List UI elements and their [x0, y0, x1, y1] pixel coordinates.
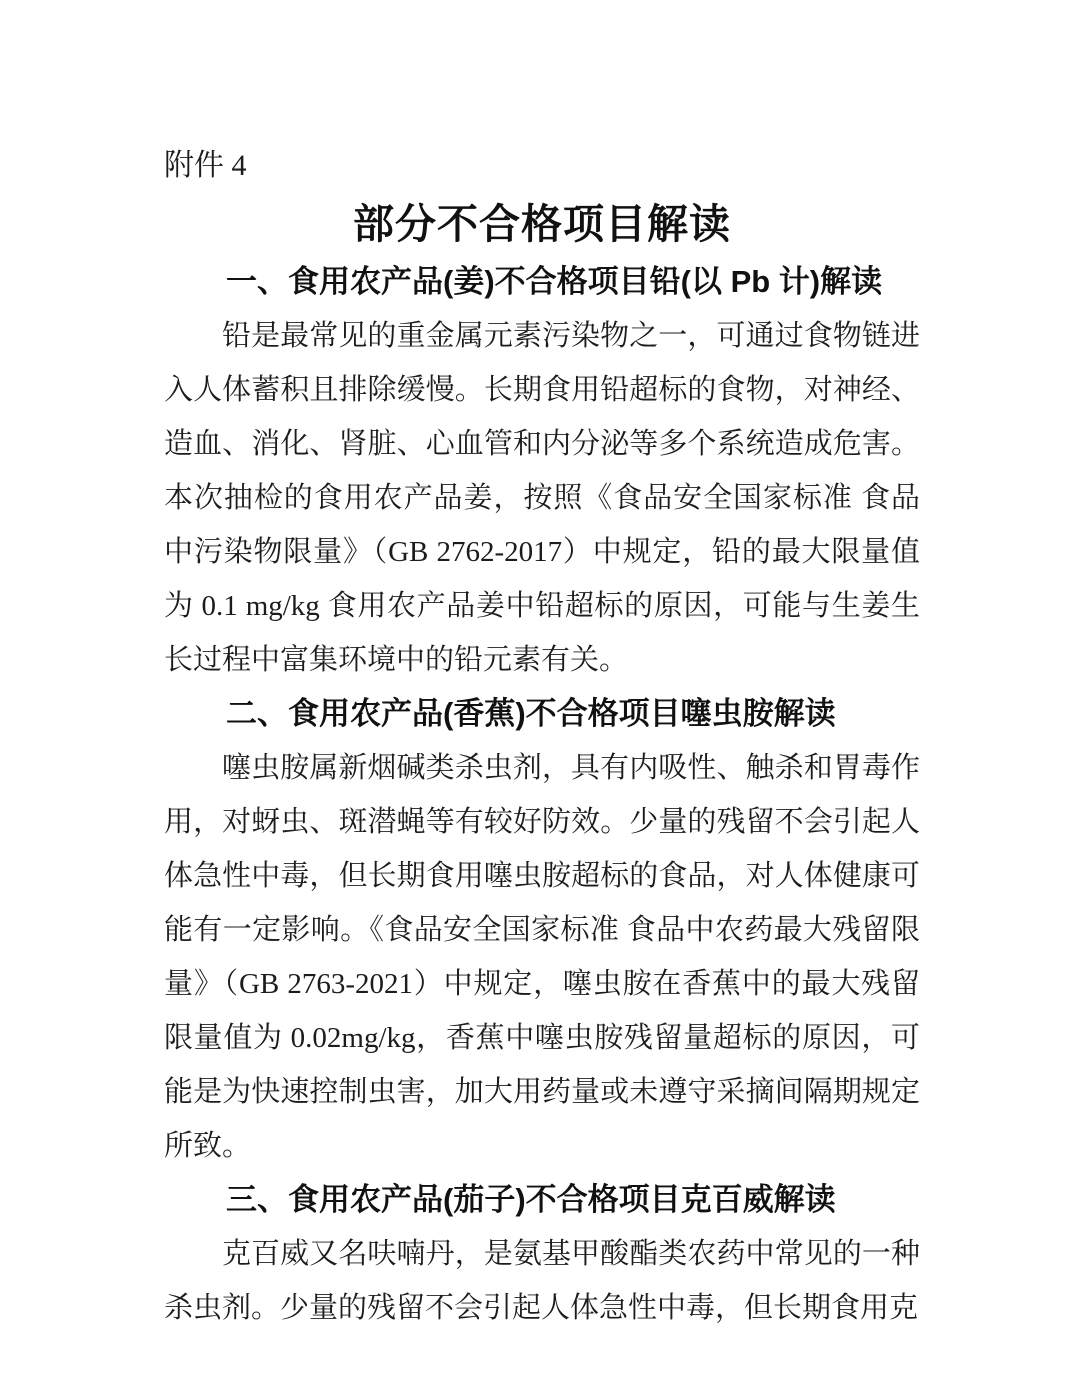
- section-1-heading: 一、食用农产品(姜)不合格项目铅(以 Pb 计)解读: [164, 255, 920, 309]
- attachment-label: 附件 4: [164, 139, 920, 193]
- section-2-body: 噻虫胺属新烟碱类杀虫剂，具有内吸性、触杀和胃毒作用，对蚜虫、斑潜蝇等有较好防效。…: [164, 741, 920, 1173]
- document-title: 部分不合格项目解读: [164, 193, 920, 255]
- section-2-heading: 二、食用农产品(香蕉)不合格项目噻虫胺解读: [164, 687, 920, 741]
- document-page: 附件 4 部分不合格项目解读 一、食用农产品(姜)不合格项目铅(以 Pb 计)解…: [0, 0, 1080, 1377]
- section-3-body: 克百威又名呋喃丹，是氨基甲酸酯类农药中常见的一种杀虫剂。少量的残留不会引起人体急…: [164, 1227, 920, 1335]
- section-1-body: 铅是最常见的重金属元素污染物之一，可通过食物链进入人体蓄积且排除缓慢。长期食用铅…: [164, 309, 920, 687]
- section-3-heading: 三、食用农产品(茄子)不合格项目克百威解读: [164, 1173, 920, 1227]
